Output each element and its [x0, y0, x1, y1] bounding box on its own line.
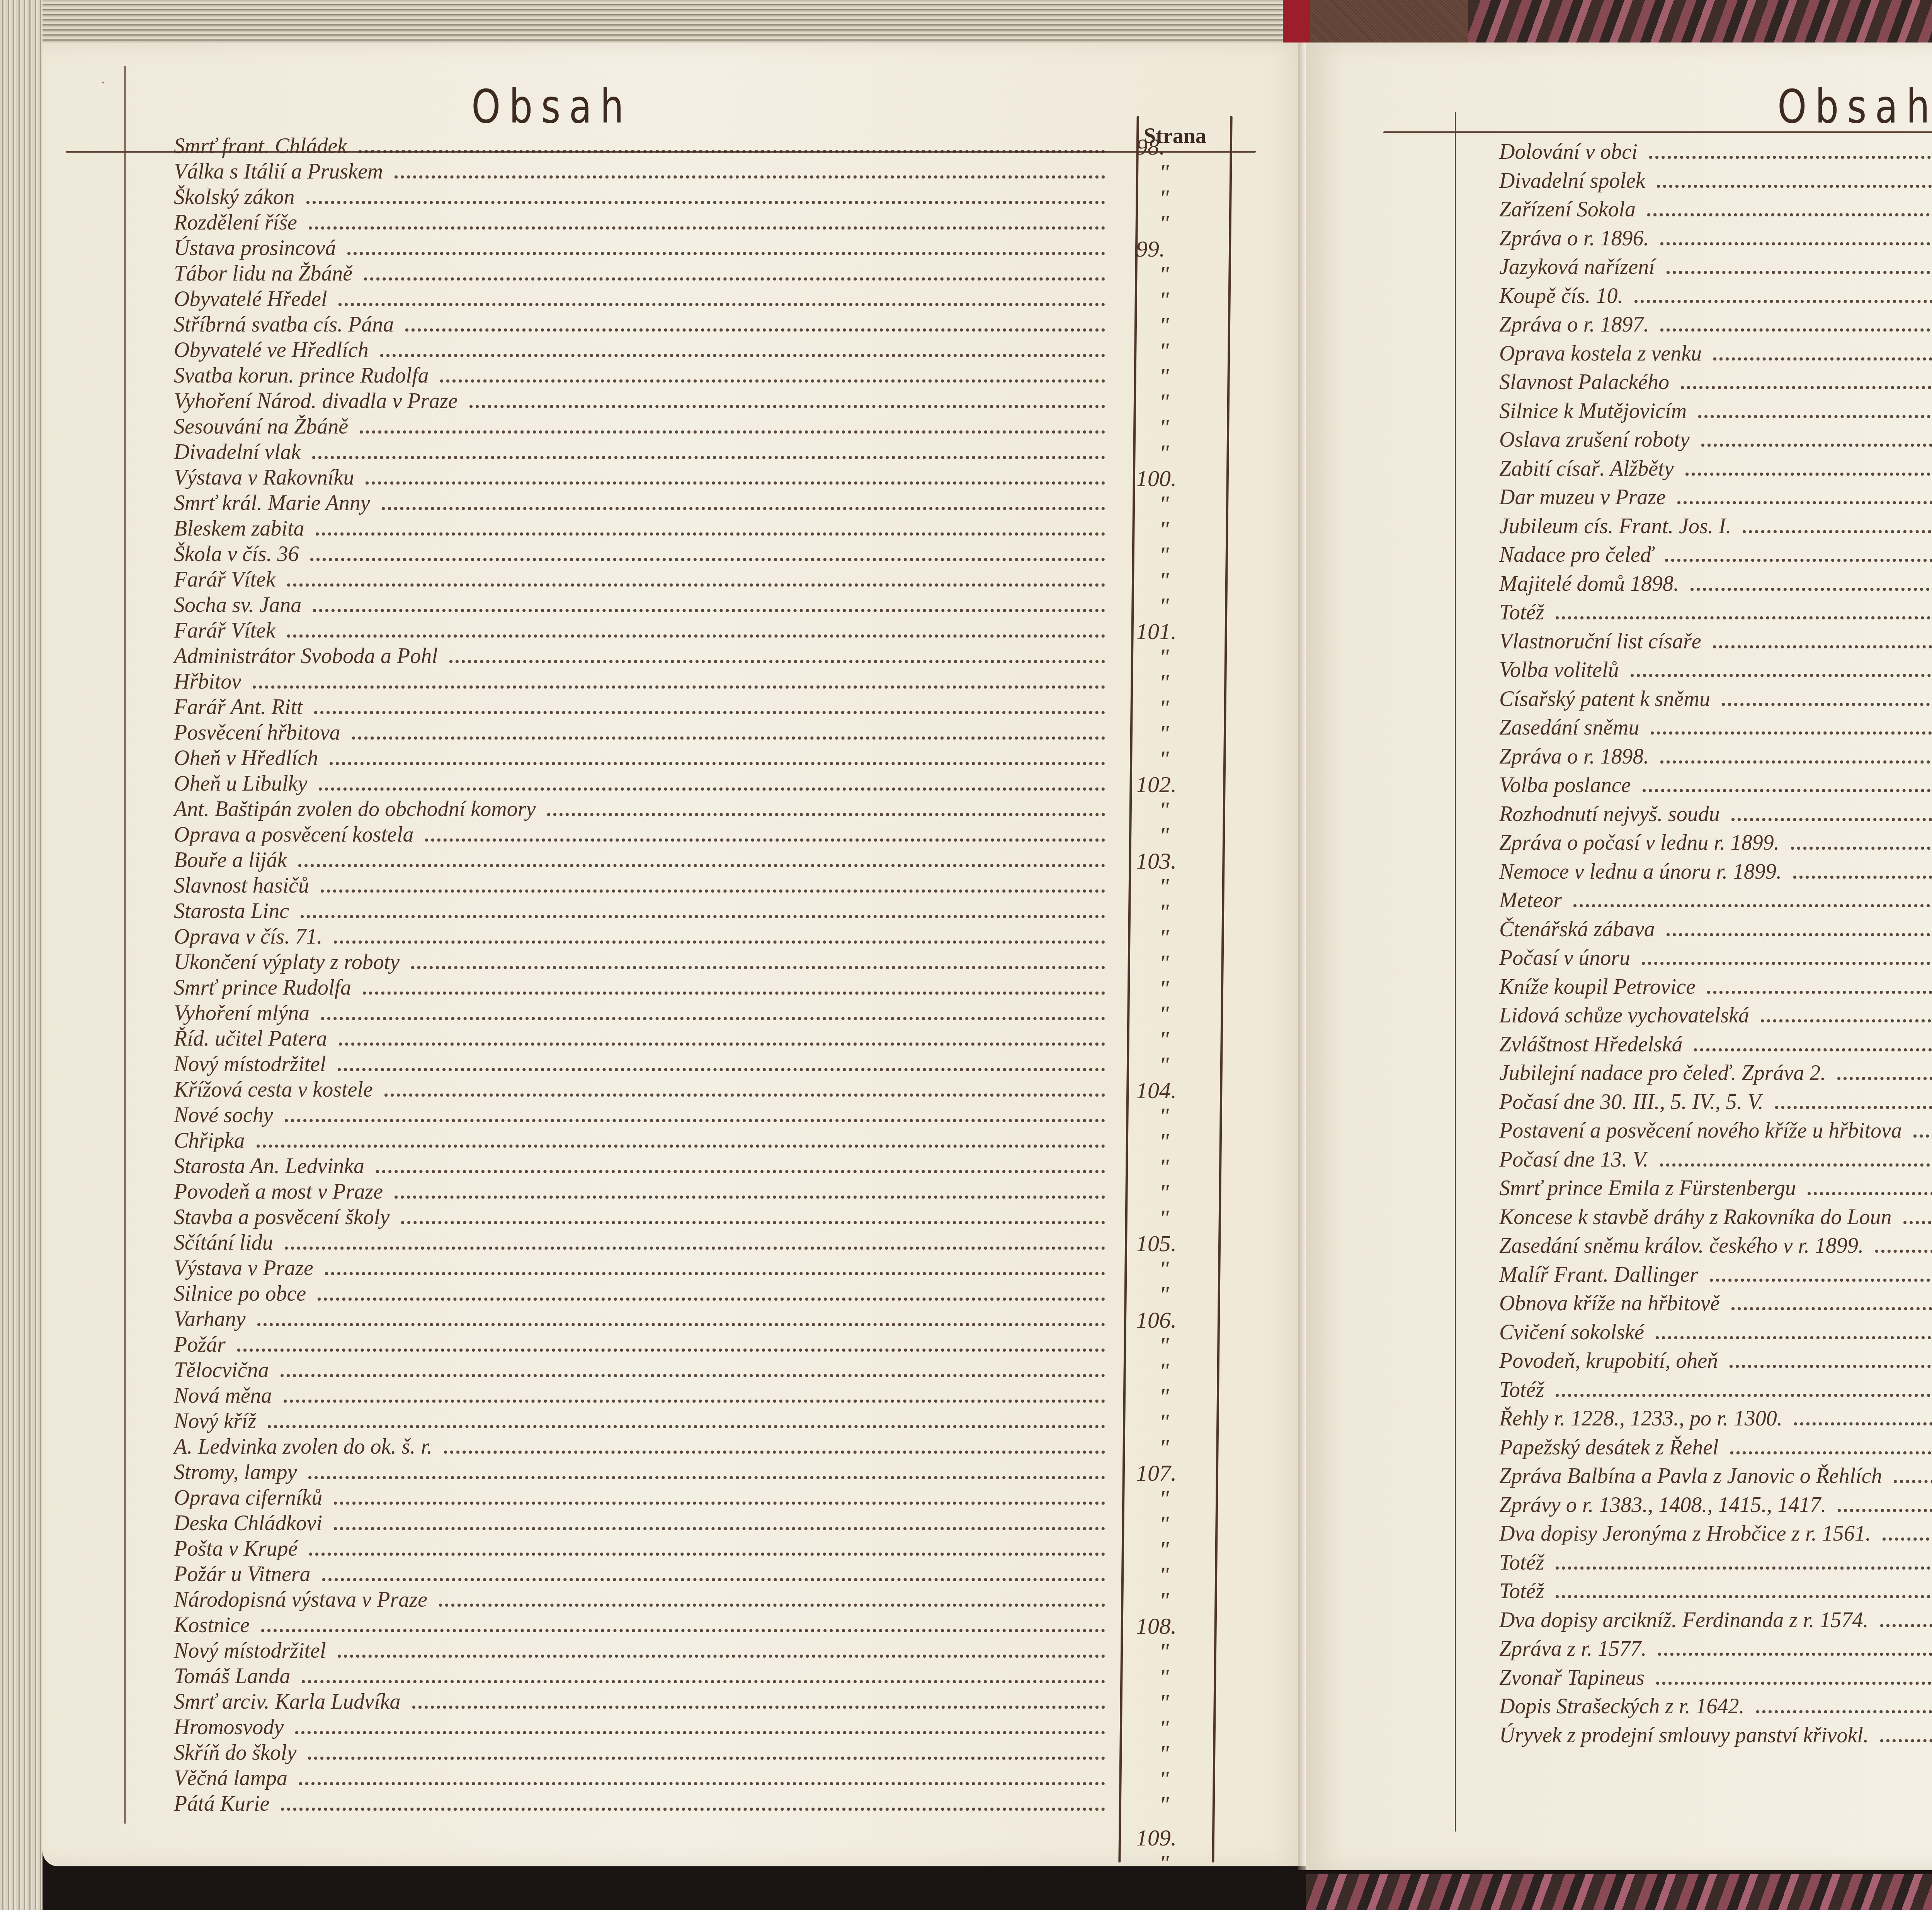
toc-entry-title: Farář Ant. Ritt: [174, 695, 303, 719]
dot-leader: [1667, 271, 1932, 274]
dot-leader: [1698, 415, 1932, 418]
toc-entry-title: Jubileum cís. Frant. Jos. I.: [1499, 514, 1731, 538]
toc-page-number: ": [1159, 569, 1169, 592]
toc-page-number: ": [1159, 314, 1169, 337]
toc-entry-title: Oprava kostela z venku: [1499, 342, 1702, 366]
toc-entry: Zpráva z r. 1577.: [1499, 1638, 1932, 1660]
margin-rule: [124, 66, 126, 1824]
toc-entry-title: Tábor lidu na Žbáně: [174, 262, 352, 286]
toc-page-number: ": [1159, 671, 1169, 694]
toc-entry-title: Obyvatelé Hředel: [174, 287, 327, 311]
dot-leader: [547, 813, 1105, 816]
toc-entry-title: Stříbrná svatba cís. Pána: [174, 313, 394, 337]
toc-entry-title: Zvonař Tapineus: [1499, 1666, 1645, 1690]
toc-entry: Oprava a posvěcení kostela: [174, 824, 1105, 845]
page-title: Obsah: [471, 80, 632, 134]
toc-page-number: 109.: [1136, 1826, 1177, 1849]
dot-leader: [395, 1196, 1105, 1199]
toc-entry-title: Varhany: [174, 1307, 246, 1331]
toc-entry: Pošta v Krupé: [174, 1538, 1105, 1560]
toc-entry-title: Svatba korun. prince Rudolfa: [174, 364, 429, 388]
dot-leader: [268, 1425, 1105, 1428]
toc-entry-title: Deska Chládkovi: [174, 1511, 322, 1535]
dot-leader: [301, 915, 1105, 918]
toc-entry-title: Smrť prince Rudolfa: [174, 976, 351, 1000]
dot-leader: [405, 328, 1105, 332]
toc-page-number: ": [1159, 441, 1169, 464]
dot-leader: [1573, 904, 1932, 907]
toc-entry: A. Ledvinka zvolen do ok. š. r.: [174, 1436, 1105, 1458]
page-column-rule-right: [1212, 116, 1232, 1862]
dot-leader: [310, 558, 1105, 561]
toc-entry-title: Oslava zrušení roboty: [1499, 428, 1690, 452]
dot-leader: [1690, 588, 1932, 591]
toc-page-number: ": [1159, 594, 1169, 617]
dot-leader: [1808, 1192, 1932, 1195]
toc-entry: Volba volitelů: [1499, 659, 1932, 681]
dot-leader: [1642, 962, 1932, 965]
dot-leader: [1657, 185, 1932, 188]
dot-leader: [325, 1272, 1105, 1275]
toc-entry-title: Nadace pro čeleď: [1499, 543, 1653, 567]
toc-entry: Nový kříž: [174, 1410, 1105, 1432]
toc-entry-title: Slavnost Palackého: [1499, 370, 1669, 394]
toc-page-number: ": [1159, 1283, 1169, 1306]
dot-leader: [281, 1808, 1105, 1811]
toc-entry-title: Počasí dne 13. V.: [1499, 1148, 1648, 1172]
toc-entry-title: Říd. učitel Patera: [174, 1027, 327, 1051]
toc-entry-title: Zpráva Balbína a Pavla z Janovic o Řehlí…: [1499, 1464, 1882, 1488]
toc-entry-title: Zasedání sněmu králov. českého v r. 1899…: [1499, 1234, 1864, 1258]
toc-entry-title: Rozdělení říše: [174, 211, 297, 235]
toc-entry: Císařský patent k sněmu: [1499, 688, 1932, 710]
toc-page-number: ": [1159, 875, 1169, 898]
dot-leader: [287, 583, 1105, 587]
toc-page-number: ": [1159, 1130, 1169, 1153]
toc-entry: Ant. Baštipán zvolen do obchodní komory: [174, 798, 1105, 820]
toc-entry: Silnice k Mutějovicím: [1499, 400, 1932, 422]
left-page: · Obsah Strana Smrť frant. ChládekVálka …: [43, 43, 1306, 1866]
toc-entry-title: Počasí dne 30. III., 5. IV., 5. V.: [1499, 1090, 1764, 1114]
dot-leader: [363, 992, 1105, 995]
dot-leader: [285, 1247, 1105, 1250]
toc-page-number: ": [1159, 1691, 1169, 1714]
toc-entry: Hromosvody: [174, 1716, 1105, 1738]
dot-leader: [322, 1578, 1105, 1581]
dot-leader: [1651, 731, 1932, 735]
toc-entry-title: Administrátor Svoboda a Pohl: [174, 644, 438, 668]
dot-leader: [401, 1221, 1105, 1224]
toc-entry: Tomáš Landa: [174, 1665, 1105, 1687]
dot-leader: [1794, 1422, 1932, 1425]
toc-entry: Administrátor Svoboda a Pohl: [174, 645, 1105, 667]
dot-leader: [411, 966, 1105, 969]
toc-entry: Počasí dne 13. V.: [1499, 1149, 1932, 1170]
dot-leader: [1903, 1221, 1932, 1224]
dot-leader: [321, 1017, 1105, 1020]
dot-leader: [312, 456, 1105, 459]
dot-leader: [1731, 818, 1932, 821]
toc-entry-title: Slavnost hasičů: [174, 874, 309, 898]
page-stack-top-edge: [43, 0, 1306, 43]
toc-entry: Vyhoření Národ. divadla v Praze: [174, 390, 1105, 412]
toc-entry: Nový místodržitel: [174, 1053, 1105, 1075]
toc-entry: Deska Chládkovi: [174, 1512, 1105, 1534]
dot-leader: [1756, 1710, 1932, 1713]
toc-entry-title: Kníže koupil Petrovice: [1499, 975, 1696, 999]
toc-entry: Zpráva o počasí v lednu r. 1899.: [1499, 832, 1932, 854]
toc-entry-title: Meteor: [1499, 888, 1562, 912]
toc-page-number: ": [1159, 900, 1169, 924]
toc-entry: Řehly r. 1228., 1233., po r. 1300.: [1499, 1408, 1932, 1429]
dot-leader: [338, 1655, 1105, 1658]
toc-entry-title: Nová měna: [174, 1384, 272, 1408]
dot-leader: [1556, 1566, 1932, 1570]
dot-leader: [287, 634, 1105, 638]
toc-entry-title: Výstava v Praze: [174, 1256, 313, 1280]
toc-entry-title: Kostnice: [174, 1613, 250, 1637]
dot-leader: [1730, 1451, 1932, 1454]
toc-entry: Říd. učitel Patera: [174, 1028, 1105, 1049]
toc-page-number: ": [1159, 212, 1169, 235]
toc-entry-title: Jubilejní nadace pro čeleď. Zpráva 2.: [1499, 1061, 1826, 1085]
toc-page-number: ": [1159, 1181, 1169, 1204]
toc-entry-title: Zařízení Sokola: [1499, 197, 1636, 221]
dot-leader: [359, 150, 1105, 153]
toc-entry: Cvičení sokolské: [1499, 1322, 1932, 1343]
toc-entry-title: Zprávy o r. 1383., 1408., 1415., 1417.: [1499, 1493, 1826, 1517]
toc-page-number: 106.: [1136, 1308, 1177, 1332]
dot-leader: [299, 1782, 1105, 1785]
toc-page-number: ": [1159, 1742, 1169, 1765]
toc-entry-title: Divadelní vlak: [174, 440, 301, 464]
toc-page-number: ": [1159, 263, 1169, 286]
header-rule: [1383, 131, 1932, 133]
toc-entry-title: Starosta Linc: [174, 899, 289, 923]
toc-entry-title: Smrť prince Emila z Fürstenbergu: [1499, 1176, 1796, 1200]
toc-entry-title: Vlastnoruční list císaře: [1499, 629, 1701, 653]
toc-page-number: ": [1159, 186, 1169, 209]
toc-entry: Nové sochy: [174, 1104, 1105, 1126]
toc-entry-title: Bleskem zabita: [174, 517, 304, 541]
toc-entry: Křížová cesta v kostele: [174, 1079, 1105, 1100]
toc-entry-title: Zvláštnost Hředelská: [1499, 1032, 1682, 1056]
toc-entry: Zprávy o r. 1383., 1408., 1415., 1417.: [1499, 1494, 1932, 1516]
toc-entry: Malíř Frant. Dallinger: [1499, 1264, 1932, 1286]
toc-entry-title: Vyhoření Národ. divadla v Praze: [174, 389, 458, 413]
toc-entry: Jubileum cís. Frant. Jos. I.: [1499, 515, 1932, 537]
toc-page-number: ": [1159, 722, 1169, 745]
dot-leader: [1880, 1739, 1932, 1742]
toc-entry: Jubilejní nadace pro čeleď. Zpráva 2.: [1499, 1062, 1932, 1084]
toc-page-number: ": [1159, 696, 1169, 719]
dot-leader: [298, 864, 1105, 867]
marbled-cover: [1468, 0, 1932, 46]
dot-leader: [1685, 473, 1932, 476]
toc-page-number: 99.: [1136, 237, 1165, 260]
toc-entry-title: Povodeň a most v Praze: [174, 1180, 383, 1204]
toc-entry: Meteor: [1499, 890, 1932, 911]
toc-entry: Stromy, lampy: [174, 1461, 1105, 1483]
toc-entry-title: Dva dopisy arcikníž. Ferdinanda z r. 157…: [1499, 1608, 1869, 1632]
dot-leader: [1701, 444, 1932, 447]
toc-entry-title: Sčítání lidu: [174, 1231, 273, 1255]
toc-entry-title: Válka s Itálií a Pruskem: [174, 160, 383, 184]
dot-leader: [449, 660, 1105, 663]
dot-leader: [285, 1119, 1105, 1122]
toc-entry-title: Oprava ciferníků: [174, 1486, 322, 1510]
toc-page-number: ": [1159, 1028, 1169, 1051]
toc-page-number: ": [1159, 1334, 1169, 1357]
toc-entry-title: Škola v čís. 36: [174, 542, 299, 566]
book-cover-bottom: [1306, 1874, 1932, 1910]
dot-leader: [1775, 1106, 1932, 1109]
toc-entry: Oprava kostela z venku: [1499, 343, 1932, 364]
toc-page-number: 107.: [1136, 1461, 1177, 1485]
toc-entry-title: Hromosvody: [174, 1715, 284, 1739]
toc-entry-title: Výstava v Rakovníku: [174, 466, 354, 490]
toc-entry-title: Dva dopisy Jeronýma z Hrobčice z r. 1561…: [1499, 1522, 1871, 1546]
toc-entry: Dar muzeu v Praze: [1499, 486, 1932, 508]
toc-page-number: ": [1159, 1852, 1169, 1875]
toc-entry: Divadelní vlak: [174, 441, 1105, 463]
dot-leader: [1713, 357, 1932, 361]
dot-leader: [364, 277, 1105, 281]
page-corner-mark: ·: [100, 73, 105, 92]
toc-entry-title: Císařský patent k sněmu: [1499, 687, 1710, 711]
dot-leader: [1722, 703, 1932, 706]
dot-leader: [1656, 1336, 1932, 1339]
toc-entry-title: Papežský desátek z Řehel: [1499, 1435, 1719, 1459]
toc-entry-title: Vyhoření mlýna: [174, 1001, 310, 1025]
toc-entry: Povodeň a most v Praze: [174, 1181, 1105, 1202]
toc-entry-title: Dopis Strašeckých z r. 1642.: [1499, 1694, 1745, 1718]
dot-leader: [1694, 1048, 1932, 1051]
dot-leader: [1791, 847, 1932, 850]
toc-entry: Divadelní spolek: [1499, 170, 1932, 192]
toc-entry-title: Obnova kříže na hřbitově: [1499, 1291, 1720, 1315]
toc-entry: Školský zákon: [174, 186, 1105, 208]
dot-leader: [1643, 789, 1932, 792]
dot-leader: [261, 1629, 1105, 1632]
dot-leader: [338, 303, 1105, 306]
toc-entry: Papežský desátek z Řehel: [1499, 1437, 1932, 1458]
dot-leader: [439, 1604, 1105, 1607]
toc-page-number: ": [1159, 977, 1169, 1000]
dot-leader: [1677, 501, 1932, 504]
toc-entry: Kostnice: [174, 1614, 1105, 1636]
page-title: Obsah: [1777, 80, 1932, 134]
toc-page-number: 108.: [1136, 1614, 1177, 1638]
toc-entry: Počasí dne 30. III., 5. IV., 5. V.: [1499, 1091, 1932, 1113]
toc-entry: Výstava v Praze: [174, 1257, 1105, 1279]
toc-entry-title: Posvěcení hřbitova: [174, 721, 340, 745]
toc-entry-title: Bouře a liják: [174, 848, 287, 872]
toc-page-number: ": [1159, 1053, 1169, 1077]
toc-entry-title: Malíř Frant. Dallinger: [1499, 1263, 1698, 1287]
toc-entry: Zasedání sněmu: [1499, 717, 1932, 738]
toc-entry: Skříň do školy: [174, 1742, 1105, 1764]
toc-entry: Stavba a posvěcení školy: [174, 1206, 1105, 1228]
toc-entry: Zpráva o r. 1897.: [1499, 314, 1932, 335]
dot-leader: [1713, 645, 1932, 648]
toc-entry: Rozhodnutí nejvyš. soudu: [1499, 803, 1932, 825]
toc-page-number: ": [1159, 390, 1169, 413]
dot-leader: [382, 507, 1105, 510]
toc-entry-title: Skříň do školy: [174, 1741, 296, 1765]
dot-leader: [334, 1527, 1105, 1530]
toc-entry: Dopis Strašeckých z r. 1642.: [1499, 1696, 1932, 1717]
toc-page-number: ": [1159, 1385, 1169, 1408]
toc-entry-title: Požár: [174, 1333, 226, 1357]
toc-page-number: ": [1159, 1002, 1169, 1026]
toc-entry-title: Tomáš Landa: [174, 1664, 290, 1688]
toc-page-number: ": [1159, 824, 1169, 847]
toc-entry: Starosta Linc: [174, 900, 1105, 922]
toc-page-number: ": [1159, 1563, 1169, 1587]
toc-entry-title: Požár u Vitnera: [174, 1562, 311, 1586]
dot-leader: [1731, 1307, 1932, 1310]
dot-leader: [469, 405, 1105, 408]
toc-entry: Zvonař Tapineus: [1499, 1667, 1932, 1689]
toc-entry: Farář Ant. Ritt: [174, 696, 1105, 718]
toc-entry: Nadace pro čeleď: [1499, 544, 1932, 566]
dot-leader: [314, 711, 1105, 714]
toc-page-number: ": [1159, 1538, 1169, 1561]
toc-entry-title: Počasí v únoru: [1499, 946, 1630, 970]
dot-leader: [284, 1400, 1105, 1403]
toc-page-number: 104.: [1136, 1079, 1177, 1102]
toc-entry: Lidová schůze vychovatelská: [1499, 1005, 1932, 1026]
toc-entry: Dva dopisy arcikníž. Ferdinanda z r. 157…: [1499, 1609, 1932, 1631]
dot-leader: [1634, 300, 1932, 303]
toc-entry: Svatba korun. prince Rudolfa: [174, 365, 1105, 386]
dot-leader: [1707, 991, 1932, 994]
toc-page-number: ": [1159, 365, 1169, 388]
toc-entry: Bouře a liják: [174, 849, 1105, 871]
dot-leader: [316, 532, 1105, 536]
toc-entry: Požár: [174, 1334, 1105, 1356]
toc-entry: Škola v čís. 36: [174, 543, 1105, 565]
dot-leader: [309, 226, 1105, 230]
dot-leader: [339, 1043, 1105, 1046]
page-stack-left-edge: [0, 0, 43, 1910]
toc-page-number: ": [1159, 951, 1169, 975]
dot-leader: [1556, 1595, 1932, 1598]
dot-leader: [319, 787, 1105, 791]
toc-entry-title: Zabití císař. Alžběty: [1499, 457, 1674, 481]
dot-leader: [330, 762, 1105, 765]
toc-page-number: ": [1159, 161, 1169, 184]
dot-leader: [412, 1706, 1105, 1709]
toc-entry-title: Postavení a posvěcení nového kříže u hřb…: [1499, 1119, 1902, 1143]
toc-entry: Oheň u Libulky: [174, 773, 1105, 794]
toc-entry-title: Oheň v Hředlích: [174, 746, 318, 770]
dot-leader: [352, 736, 1105, 740]
dot-leader: [347, 252, 1105, 255]
toc-entry: Čtenářská zábava: [1499, 918, 1932, 940]
toc-page-number: ": [1159, 645, 1169, 668]
dot-leader: [1667, 933, 1932, 936]
toc-entry: Bleskem zabita: [174, 518, 1105, 539]
dot-leader: [338, 1068, 1105, 1071]
toc-entry-title: Nové sochy: [174, 1103, 273, 1127]
toc-page-number: ": [1159, 1665, 1169, 1689]
toc-entry: Varhany: [174, 1308, 1105, 1330]
toc-entry-title: Zpráva z r. 1577.: [1499, 1637, 1646, 1661]
toc-entry-title: Koupě čís. 10.: [1499, 284, 1623, 308]
toc-entry: Hřbitov: [174, 671, 1105, 692]
toc-entry-title: Věčná lampa: [174, 1766, 287, 1790]
dot-leader: [360, 430, 1105, 434]
dot-leader: [308, 1476, 1105, 1479]
toc-entry-title: Zpráva o r. 1896.: [1499, 226, 1649, 250]
toc-entry-title: Volba volitelů: [1499, 658, 1619, 682]
dot-leader: [1649, 156, 1932, 159]
toc-entry-title: Nový místodržitel: [174, 1639, 326, 1663]
toc-entry: Nová měna: [174, 1385, 1105, 1407]
toc-entry: Totéž: [1499, 1580, 1932, 1602]
dot-leader: [1793, 876, 1932, 879]
dot-leader: [237, 1349, 1105, 1352]
toc-entry: Silnice po obce: [174, 1283, 1105, 1305]
toc-entry: Sesouvání na Žbáně: [174, 416, 1105, 437]
toc-entry: Stříbrná svatba cís. Pána: [174, 314, 1105, 335]
toc-entry-title: Sesouvání na Žbáně: [174, 415, 348, 439]
toc-entry: Zpráva o r. 1898.: [1499, 746, 1932, 767]
toc-entry-title: Ústava prosincová: [174, 236, 336, 260]
dot-leader: [1556, 616, 1932, 619]
dot-leader: [1660, 328, 1932, 332]
dot-leader: [309, 1553, 1105, 1556]
dot-leader: [1660, 1163, 1932, 1167]
toc-entry-title: Farář Vítek: [174, 568, 276, 592]
toc-entry: Zasedání sněmu králov. českého v r. 1899…: [1499, 1235, 1932, 1257]
toc-entry: Národopisná výstava v Praze: [174, 1589, 1105, 1611]
right-page: 3 Obsah Strana Dolování v obciDivadelní …: [1306, 43, 1932, 1870]
toc-entry-title: Zpráva o počasí v lednu r. 1899.: [1499, 831, 1779, 855]
dot-leader: [253, 685, 1105, 689]
toc-page-number: ": [1159, 1104, 1169, 1128]
toc-entry: Farář Vítek: [174, 569, 1105, 590]
book-cover-top: [1306, 0, 1932, 46]
toc-entry: Výstava v Rakovníku: [174, 467, 1105, 488]
toc-entry-title: Divadelní spolek: [1499, 169, 1645, 193]
toc-entry-title: Totéž: [1499, 600, 1544, 624]
toc-entry-title: Ukončení výplaty z roboty: [174, 950, 400, 974]
toc-entry-title: Koncese k stavbě dráhy z Rakovníka do Lo…: [1499, 1205, 1892, 1229]
dot-leader: [376, 1170, 1105, 1173]
toc-page-number: 98.: [1136, 135, 1165, 158]
toc-page-number: ": [1159, 1436, 1169, 1459]
toc-entry-title: Lidová schůze vychovatelská: [1499, 1003, 1749, 1027]
toc-entry: Úryvek z prodejní smlouvy panství křivok…: [1499, 1725, 1932, 1746]
dot-leader: [366, 481, 1105, 485]
toc-page-number: ": [1159, 1767, 1169, 1791]
toc-entry: Rozdělení říše: [174, 212, 1105, 233]
toc-entry: Posvěcení hřbitova: [174, 722, 1105, 743]
toc-entry: Smrť prince Rudolfa: [174, 977, 1105, 998]
dot-leader: [313, 609, 1105, 612]
toc-entry-title: Jazyková nařízení: [1499, 255, 1655, 279]
toc-entry: Vyhoření mlýna: [174, 1002, 1105, 1024]
toc-entry: Válka s Itálií a Pruskem: [174, 161, 1105, 182]
dot-leader: [1837, 1077, 1932, 1080]
toc-entry: Oprava v čís. 71.: [174, 926, 1105, 947]
toc-entry-title: Zpráva o r. 1898.: [1499, 745, 1649, 769]
toc-entry: Zvláštnost Hředelská: [1499, 1034, 1932, 1055]
dot-leader: [321, 890, 1105, 893]
